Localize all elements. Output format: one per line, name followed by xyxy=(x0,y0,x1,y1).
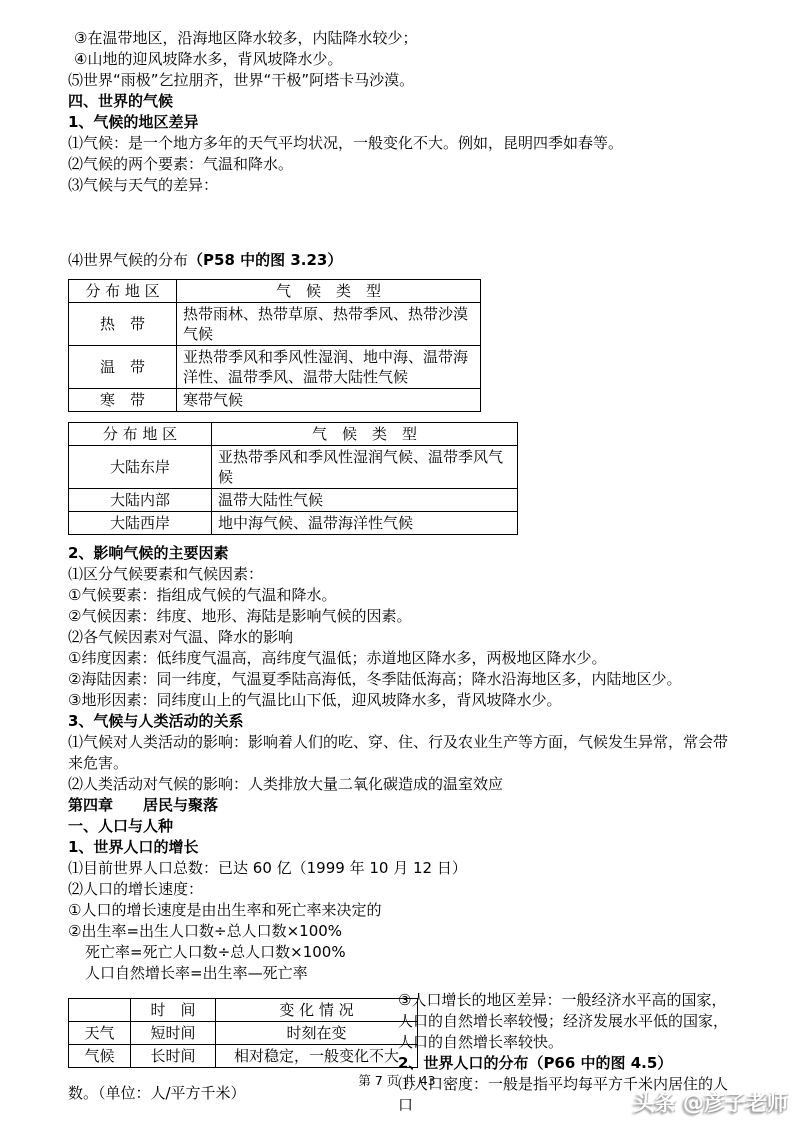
table-row: 大陆西岸 地中海气候、温带海洋性气候 xyxy=(69,512,518,535)
coast-table-header-region: 分 布 地 区 xyxy=(69,423,212,446)
population-total: ⑴目前世界人口总数：已达 60 亿（1999 年 10 月 12 日） xyxy=(68,858,728,879)
climate-distribution-line: ⑷世界气候的分布（P58 中的图 3.23） xyxy=(68,250,728,271)
coast-cell-types: 亚热带季风和季风性湿润气候、温带季风气候 xyxy=(212,446,518,489)
coast-cell-types: 温带大陆性气候 xyxy=(212,489,518,512)
climate-vs-weather: ⑶气候与天气的差异： xyxy=(68,175,728,196)
factors-influence-intro: ⑵各气候因素对气温、降水的影响 xyxy=(68,627,728,648)
heading-chapter4: 第四章 居民与聚落 xyxy=(68,795,728,816)
table-row: 寒 带 寒带气候 xyxy=(69,389,481,412)
growth-regional-difference: ③人口增长的地区差异：一般经济水平高的国家，人口的自然增长率较慢；经济发展水平低… xyxy=(398,990,728,1053)
climate-distribution-figure-ref: （P58 中的图 3.23） xyxy=(188,251,342,269)
climate-zone-table: 分 布 地 区 气 候 类 型 热 带 热带雨林、热带草原、热带季风、热带沙漠气… xyxy=(68,279,481,412)
wc-cell-change: 时刻在变 xyxy=(216,1022,418,1045)
table-header-row: 分 布 地 区 气 候 类 型 xyxy=(69,280,481,303)
wc-cell-time: 短时间 xyxy=(131,1022,216,1045)
table-row: 温 带 亚热带季风和季风性湿润、地中海、温带海洋性、温带季风、温带大陆性气候 xyxy=(69,346,481,389)
bottom-two-column-block: 时 间 变 化 情 况 天气 短时间 时刻在变 气候 长时间 相对稳定，一般变化… xyxy=(68,990,728,1116)
table-row: 热 带 热带雨林、热带草原、热带季风、热带沙漠气候 xyxy=(69,303,481,346)
death-rate-formula: 死亡率=死亡人口数÷总人口数×100% xyxy=(68,942,728,963)
table-row: 气候 长时间 相对稳定，一般变化不大 xyxy=(69,1045,418,1068)
wc-header-time: 时 间 xyxy=(131,999,216,1022)
table-row: 天气 短时间 时刻在变 xyxy=(69,1022,418,1045)
precip-note-mountain: ④山地的迎风坡降水多，背风坡降水少。 xyxy=(68,49,728,70)
table-header-row: 分 布 地 区 气 候 类 型 xyxy=(69,423,518,446)
table-row: 大陆内部 温带大陆性气候 xyxy=(69,489,518,512)
precip-note-temperate: ③在温带地区，沿海地区降水较多，内陆降水较少； xyxy=(68,28,728,49)
heading-climate-factors: 2、影响气候的主要因素 xyxy=(68,543,728,564)
zone-cell-region: 温 带 xyxy=(69,346,177,389)
coast-cell-region: 大陆西岸 xyxy=(69,512,212,535)
heading-population-growth: 1、世界人口的增长 xyxy=(68,837,728,858)
table-header-row: 时 间 变 化 情 况 xyxy=(69,999,418,1022)
table-row: 大陆东岸 亚热带季风和季风性湿润气候、温带季风气候 xyxy=(69,446,518,489)
wc-header-blank xyxy=(69,999,131,1022)
zone-cell-region: 寒 带 xyxy=(69,389,177,412)
zone-cell-types: 热带雨林、热带草原、热带季风、热带沙漠气候 xyxy=(177,303,481,346)
document-content: ③在温带地区，沿海地区降水较多，内陆降水较少； ④山地的迎风坡降水多，背风坡降水… xyxy=(68,28,728,1116)
climate-impact-on-human: ⑴气候对人类活动的影响：影响着人们的吃、穿、住、行及农业生产等方面，气候发生异常… xyxy=(68,732,728,774)
coast-table-header-type: 气 候 类 型 xyxy=(212,423,518,446)
heading-world-climate: 四、世界的气候 xyxy=(68,91,728,112)
natural-growth-rate-formula: 人口自然增长率=出生率—死亡率 xyxy=(68,963,728,984)
zone-cell-types: 寒带气候 xyxy=(177,389,481,412)
coast-cell-region: 大陆东岸 xyxy=(69,446,212,489)
precip-note-extremes: ⑸世界“雨极”乞拉朋齐，世界“干极”阿塔卡马沙漠。 xyxy=(68,70,728,91)
climate-definition: ⑴气候：是一个地方多年的天气平均状况，一般变化不大。例如，昆明四季如春等。 xyxy=(68,133,728,154)
factor-land-sea: ②海陆因素：同一纬度，气温夏季陆高海低，冬季陆低海高；降水沿海地区多，内陆地区少… xyxy=(68,669,728,690)
zone-table-header-region: 分 布 地 区 xyxy=(69,280,177,303)
climate-distribution-label: ⑷世界气候的分布 xyxy=(68,251,188,269)
watermark: 头条 @彦子老师 xyxy=(634,1087,788,1117)
wc-cell-term: 气候 xyxy=(69,1045,131,1068)
factors-factors: ②气候因素：纬度、地形、海陆是影响气候的因素。 xyxy=(68,606,728,627)
page: { "colors": { "text": "#000000", "backgr… xyxy=(0,0,794,1123)
blank-space xyxy=(68,196,728,250)
coast-climate-table: 分 布 地 区 气 候 类 型 大陆东岸 亚热带季风和季风性湿润气候、温带季风气… xyxy=(68,422,518,535)
zone-table-header-type: 气 候 类 型 xyxy=(177,280,481,303)
heading-regional-difference: 1、气候的地区差异 xyxy=(68,112,728,133)
bottom-left-column: 时 间 变 化 情 况 天气 短时间 时刻在变 气候 长时间 相对稳定，一般变化… xyxy=(68,990,390,1116)
wc-cell-term: 天气 xyxy=(69,1022,131,1045)
human-impact-on-climate: ⑵人类活动对气候的影响：人类排放大量二氧化碳造成的温室效应 xyxy=(68,774,728,795)
factors-distinguish: ⑴区分气候要素和气候因素： xyxy=(68,564,728,585)
coast-cell-types: 地中海气候、温带海洋性气候 xyxy=(212,512,518,535)
wc-header-change: 变 化 情 况 xyxy=(216,999,418,1022)
birth-rate-formula: ②出生率=出生人口数÷总人口数×100% xyxy=(68,921,728,942)
heading-climate-human: 3、气候与人类活动的关系 xyxy=(68,711,728,732)
heading-population-race: 一、人口与人种 xyxy=(68,816,728,837)
wc-cell-time: 长时间 xyxy=(131,1045,216,1068)
wc-cell-change: 相对稳定，一般变化不大 xyxy=(216,1045,418,1068)
coast-cell-region: 大陆内部 xyxy=(69,489,212,512)
factor-latitude: ①纬度因素：低纬度气温高，高纬度气温低；赤道地区降水多，两极地区降水少。 xyxy=(68,648,728,669)
factor-terrain: ③地形因素：同纬度山上的气温比山下低，迎风坡降水多，背风坡降水少。 xyxy=(68,690,728,711)
growth-rate-determinants: ①人口的增长速度是由出生率和死亡率来决定的 xyxy=(68,900,728,921)
factors-elements: ①气候要素：指组成气候的气温和降水。 xyxy=(68,585,728,606)
climate-two-elements: ⑵气候的两个要素：气温和降水。 xyxy=(68,154,728,175)
weather-vs-climate-table: 时 间 变 化 情 况 天气 短时间 时刻在变 气候 长时间 相对稳定，一般变化… xyxy=(68,998,418,1068)
zone-cell-types: 亚热带季风和季风性湿润、地中海、温带海洋性、温带季风、温带大陆性气候 xyxy=(177,346,481,389)
zone-cell-region: 热 带 xyxy=(69,303,177,346)
population-growth-speed: ⑵人口的增长速度： xyxy=(68,879,728,900)
